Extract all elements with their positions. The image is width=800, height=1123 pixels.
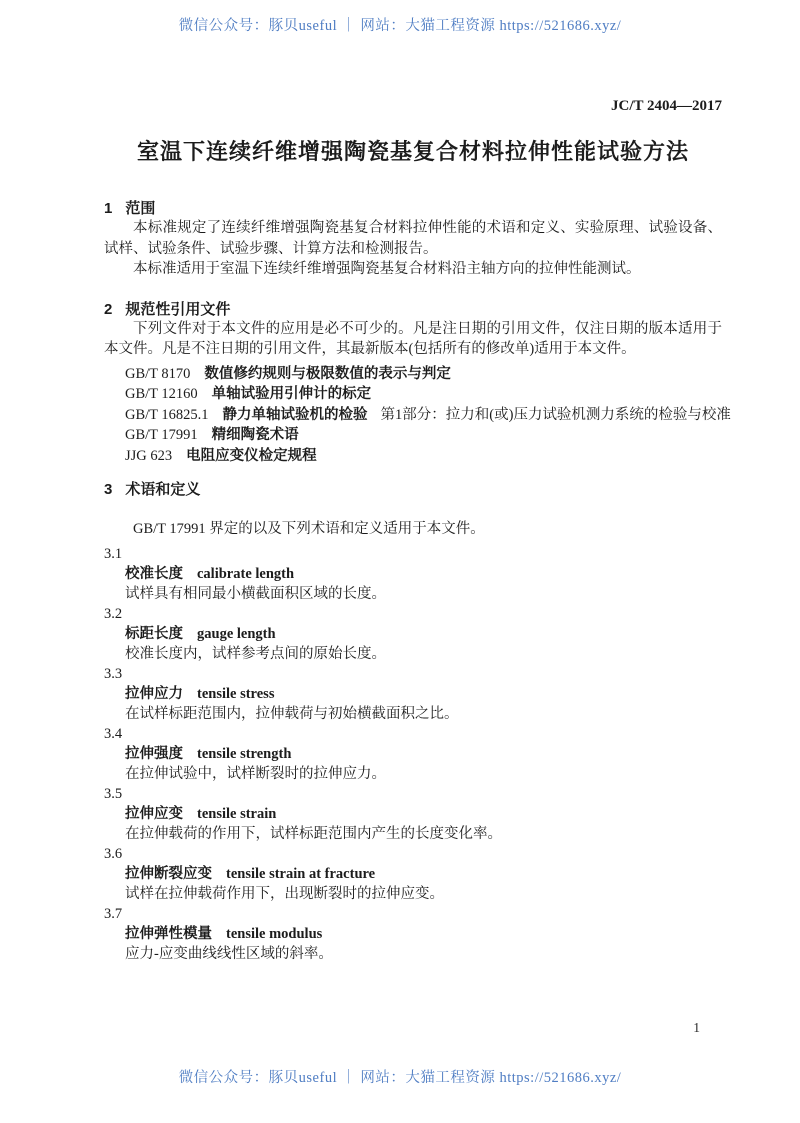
section-2-number: 2: [104, 301, 112, 318]
section-2-title: 规范性引用文件: [125, 301, 230, 318]
reference-code: GB/T 12160: [125, 386, 198, 402]
header-watermark: 微信公众号：豚贝useful ｜ 网站：大猫工程资源 https://52168…: [0, 14, 800, 35]
term-name-zh: 拉伸强度: [125, 746, 183, 762]
term-definition: 在拉伸试验中，试样断裂时的拉伸应力。: [104, 764, 722, 784]
document-title: 室温下连续纤维增强陶瓷基复合材料拉伸性能试验方法: [104, 137, 722, 167]
term-name-line: 拉伸强度tensile strength: [104, 744, 722, 764]
term-name-en: calibrate length: [197, 566, 294, 582]
section-1-paragraph-2: 本标准适用于室温下连续纤维增强陶瓷基复合材料沿主轴方向的拉伸性能测试。: [104, 259, 722, 280]
normative-references-list: GB/T 8170数值修约规则与极限数值的表示与判定 GB/T 12160单轴试…: [104, 364, 722, 467]
term-number: 3.4: [104, 724, 722, 744]
reference-code: JJG 623: [125, 448, 172, 464]
term-entry: 3.3 拉伸应力tensile stress 在试样标距范围内，拉伸载荷与初始横…: [104, 664, 722, 724]
section-1-heading: 1范围: [104, 199, 722, 218]
section-1-paragraph-1: 本标准规定了连续纤维增强陶瓷基复合材料拉伸性能的术语和定义、实验原理、试验设备、…: [104, 218, 722, 259]
term-name-en: tensile strain: [197, 806, 276, 822]
section-3-intro: GB/T 17991 界定的以及下列术语和定义适用于本文件。: [104, 519, 722, 540]
term-number: 3.6: [104, 844, 722, 864]
reference-title: 电阻应变仪检定规程: [186, 448, 317, 464]
term-name-line: 拉伸应力tensile stress: [104, 684, 722, 704]
document-page: 微信公众号：豚贝useful ｜ 网站：大猫工程资源 https://52168…: [0, 0, 800, 1123]
term-entry: 3.2 标距长度gauge length 校准长度内，试样参考点间的原始长度。: [104, 604, 722, 664]
term-definition: 在试样标距范围内，拉伸载荷与初始横截面积之比。: [104, 704, 722, 724]
reference-item: GB/T 17991精细陶瓷术语: [125, 425, 722, 446]
reference-code: GB/T 8170: [125, 366, 190, 382]
footer-watermark: 微信公众号：豚贝useful ｜ 网站：大猫工程资源 https://52168…: [0, 1066, 800, 1087]
term-definition: 试样具有相同最小横截面积区域的长度。: [104, 584, 722, 604]
term-entry: 3.1 校准长度calibrate length 试样具有相同最小横截面积区域的…: [104, 544, 722, 604]
term-name-en: tensile strain at fracture: [226, 866, 375, 882]
terms-and-definitions-list: 3.1 校准长度calibrate length 试样具有相同最小横截面积区域的…: [104, 544, 722, 964]
term-definition: 应力-应变曲线线性区域的斜率。: [104, 944, 722, 964]
term-name-en: tensile stress: [197, 686, 274, 702]
section-3-number: 3: [104, 481, 112, 498]
term-name-zh: 拉伸弹性模量: [125, 926, 212, 942]
term-definition: 在拉伸载荷的作用下，试样标距范围内产生的长度变化率。: [104, 824, 722, 844]
term-number: 3.5: [104, 784, 722, 804]
term-number: 3.2: [104, 604, 722, 624]
term-entry: 3.6 拉伸断裂应变tensile strain at fracture 试样在…: [104, 844, 722, 904]
term-name-zh: 标距长度: [125, 626, 183, 642]
term-name-zh: 拉伸断裂应变: [125, 866, 212, 882]
term-name-line: 校准长度calibrate length: [104, 564, 722, 584]
reference-item: GB/T 16825.1静力单轴试验机的检验第1部分：拉力和(或)压力试验机测力…: [125, 405, 722, 426]
reference-title-rest: 第1部分：拉力和(或)压力试验机测力系统的检验与校准: [381, 407, 731, 423]
term-entry: 3.5 拉伸应变tensile strain 在拉伸载荷的作用下，试样标距范围内…: [104, 784, 722, 844]
page-number: 1: [693, 1020, 700, 1036]
term-entry: 3.4 拉伸强度tensile strength 在拉伸试验中，试样断裂时的拉伸…: [104, 724, 722, 784]
term-name-line: 标距长度gauge length: [104, 624, 722, 644]
reference-item: GB/T 8170数值修约规则与极限数值的表示与判定: [125, 364, 722, 385]
section-3-heading: 3术语和定义: [104, 480, 722, 499]
term-name-line: 拉伸断裂应变tensile strain at fracture: [104, 864, 722, 884]
reference-title: 精细陶瓷术语: [212, 427, 299, 443]
term-definition: 校准长度内，试样参考点间的原始长度。: [104, 644, 722, 664]
term-name-line: 拉伸弹性模量tensile modulus: [104, 924, 722, 944]
term-definition: 试样在拉伸载荷作用下，出现断裂时的拉伸应变。: [104, 884, 722, 904]
reference-title: 单轴试验用引伸计的标定: [212, 386, 372, 402]
reference-code: GB/T 16825.1: [125, 407, 209, 423]
term-number: 3.3: [104, 664, 722, 684]
reference-item: GB/T 12160单轴试验用引伸计的标定: [125, 384, 722, 405]
section-2-intro: 下列文件对于本文件的应用是必不可少的。凡是注日期的引用文件，仅注日期的版本适用于…: [104, 319, 722, 360]
term-name-zh: 拉伸应力: [125, 686, 183, 702]
page-content: JC/T 2404—2017 室温下连续纤维增强陶瓷基复合材料拉伸性能试验方法 …: [104, 97, 722, 964]
standard-number: JC/T 2404—2017: [104, 97, 722, 115]
reference-title: 数值修约规则与极限数值的表示与判定: [204, 366, 451, 382]
term-number: 3.1: [104, 544, 722, 564]
term-entry: 3.7 拉伸弹性模量tensile modulus 应力-应变曲线线性区域的斜率…: [104, 904, 722, 964]
term-number: 3.7: [104, 904, 722, 924]
reference-title: 静力单轴试验机的检验: [223, 407, 368, 423]
section-2-heading: 2规范性引用文件: [104, 300, 722, 319]
reference-code: GB/T 17991: [125, 427, 198, 443]
reference-item: JJG 623电阻应变仪检定规程: [125, 446, 722, 467]
term-name-zh: 拉伸应变: [125, 806, 183, 822]
term-name-zh: 校准长度: [125, 566, 183, 582]
term-name-en: tensile modulus: [226, 926, 322, 942]
section-1-number: 1: [104, 200, 112, 217]
term-name-en: tensile strength: [197, 746, 291, 762]
section-1-title: 范围: [125, 200, 155, 217]
term-name-en: gauge length: [197, 626, 276, 642]
section-3-title: 术语和定义: [125, 481, 200, 498]
term-name-line: 拉伸应变tensile strain: [104, 804, 722, 824]
